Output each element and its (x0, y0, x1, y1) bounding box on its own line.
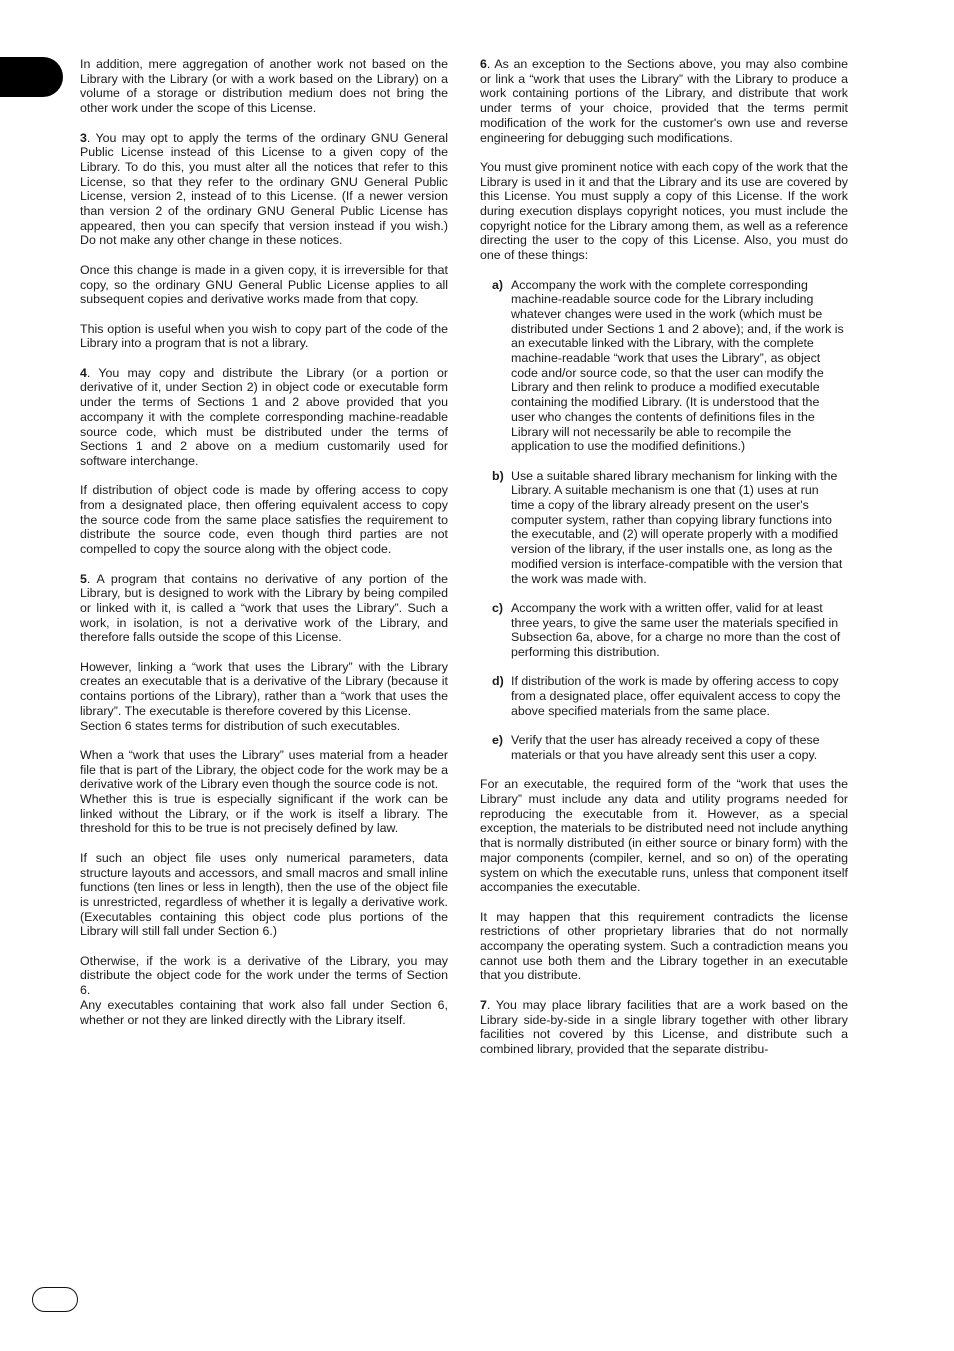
list-label: c) (480, 601, 511, 660)
paragraph: You must give prominent notice with each… (480, 160, 848, 263)
list-text: Accompany the work with a written offer,… (511, 601, 848, 660)
section-4: 4. You may copy and distribute the Libra… (80, 366, 448, 469)
list-item-a: a) Accompany the work with the complete … (480, 278, 848, 454)
paragraph: Otherwise, if the work is a derivative o… (80, 954, 448, 998)
section-number: 4 (80, 366, 87, 380)
paragraph: Any executables containing that work als… (80, 998, 448, 1027)
section-5: 5. A program that contains no derivative… (80, 572, 448, 646)
list-label: b) (480, 469, 511, 587)
section-number: 5 (80, 572, 87, 586)
paragraph: In addition, mere aggregation of another… (80, 57, 448, 116)
list-item-b: b) Use a suitable shared library mechani… (480, 469, 848, 587)
paragraph: This option is useful when you wish to c… (80, 322, 448, 351)
section-6: 6. As an exception to the Sections above… (480, 57, 848, 145)
section-number: 6 (480, 57, 487, 71)
section-3: 3. You may opt to apply the terms of the… (80, 131, 448, 249)
paragraph: It may happen that this requirement cont… (480, 910, 848, 984)
section-7: 7. You may place library facilities that… (480, 998, 848, 1057)
list-item-e: e) Verify that the user has already rece… (480, 733, 848, 762)
list-item-c: c) Accompany the work with a written off… (480, 601, 848, 660)
paragraph: For an executable, the required form of … (480, 777, 848, 895)
paragraph: Whether this is true is especially signi… (80, 792, 448, 836)
section-text: . As an exception to the Sections above,… (480, 57, 848, 145)
paragraph: However, linking a “work that uses the L… (80, 660, 448, 719)
section-text: . You may opt to apply the terms of the … (80, 131, 448, 248)
list-item-d: d) If distribution of the work is made b… (480, 674, 848, 718)
list-label: d) (480, 674, 511, 718)
paragraph: If such an object file uses only numeric… (80, 851, 448, 939)
left-column: In addition, mere aggregation of another… (80, 57, 448, 1042)
section-tab-marker (0, 57, 63, 97)
paragraph: Section 6 states terms for distribution … (80, 719, 448, 734)
list-label: a) (480, 278, 511, 454)
section-text: . You may copy and distribute the Librar… (80, 366, 448, 468)
list-text: Verify that the user has already receive… (511, 733, 848, 762)
list-label: e) (480, 733, 511, 762)
section-number: 7 (480, 998, 487, 1012)
list-text: If distribution of the work is made by o… (511, 674, 848, 718)
page-number-pill (32, 1287, 78, 1312)
paragraph: If distribution of object code is made b… (80, 483, 448, 557)
paragraph: Once this change is made in a given copy… (80, 263, 448, 307)
paragraph: When a “work that uses the Library” uses… (80, 748, 448, 792)
section-text: . You may place library facilities that … (480, 998, 848, 1056)
section-text: . A program that contains no derivative … (80, 572, 448, 645)
list-text: Use a suitable shared library mechanism … (511, 469, 848, 587)
right-column: 6. As an exception to the Sections above… (480, 57, 848, 1071)
list-text: Accompany the work with the complete cor… (511, 278, 848, 454)
section-number: 3 (80, 131, 87, 145)
